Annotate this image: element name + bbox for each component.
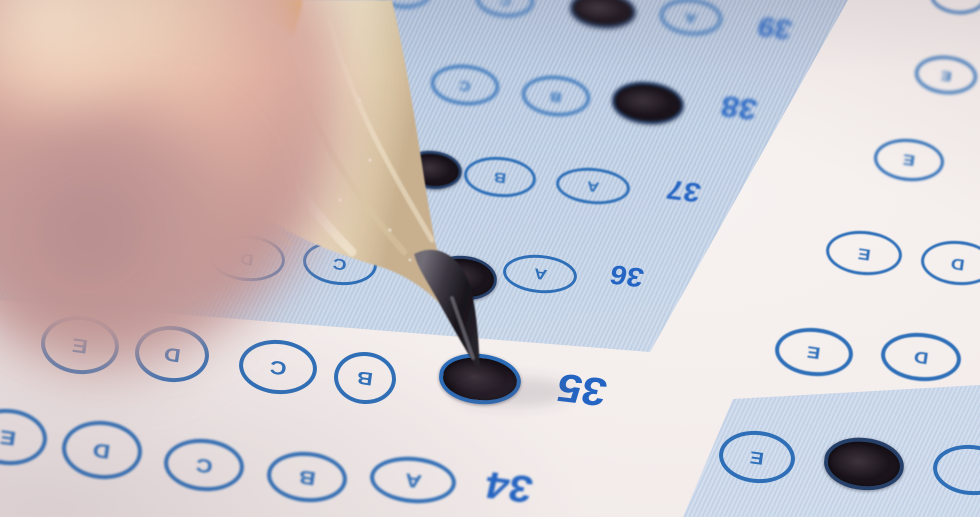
pencil-shadow: [456, 377, 572, 407]
scantron-photo: DCBA39CBA38ECBA37EDCBA36EDCBA35EDCBA34EE…: [0, 0, 980, 517]
pencil: [0, 0, 980, 517]
